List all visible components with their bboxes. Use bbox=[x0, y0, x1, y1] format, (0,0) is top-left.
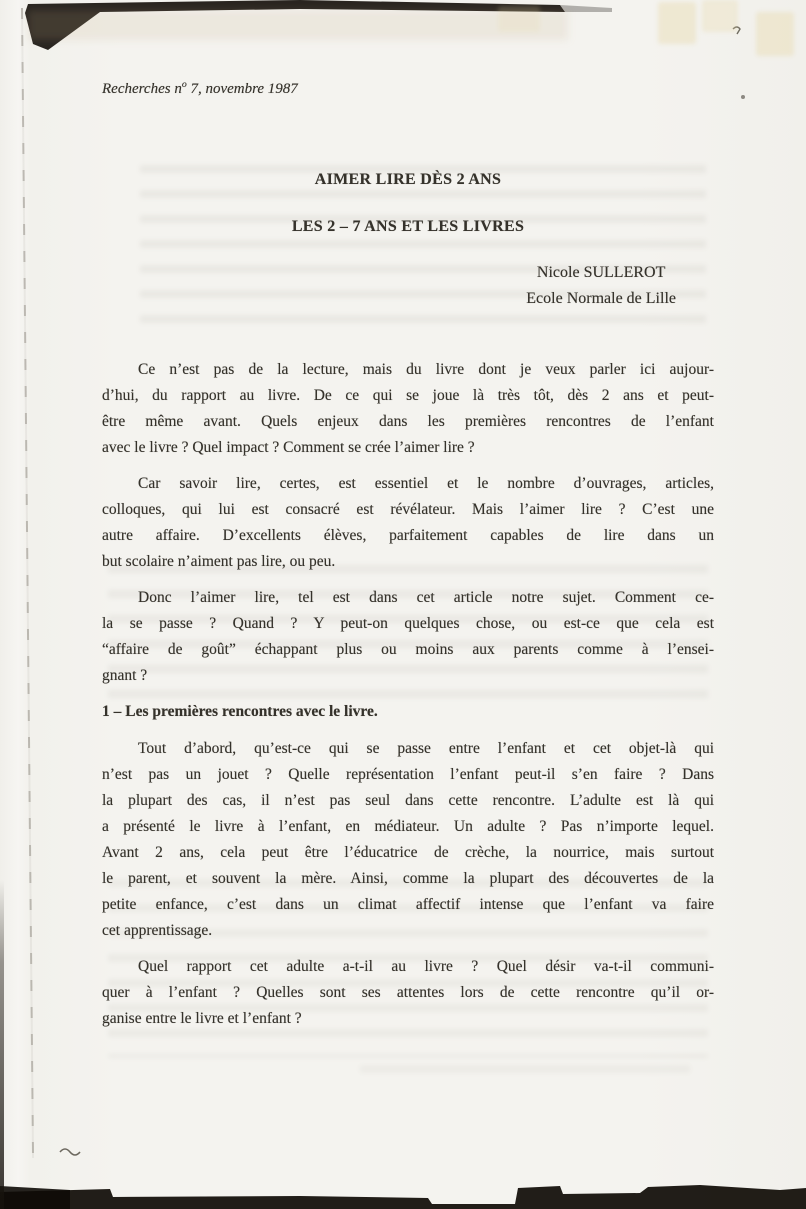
text-line: la se passe ? Quand ? Y peut-on quelques… bbox=[102, 611, 714, 637]
text-line: Donc l’aimer lire, tel est dans cet arti… bbox=[102, 585, 714, 611]
journal-header: Recherches no 7, novembre 1987 bbox=[102, 75, 714, 95]
text-line: quer à l’enfant ? Quelles sont ses atten… bbox=[102, 980, 714, 1006]
text-line: a présenté le livre à l’enfant, en média… bbox=[102, 814, 714, 840]
scanned-document-page: Recherches no 7, novembre 1987 AIMER LIR… bbox=[0, 0, 806, 1209]
text-line: n’est pas un jouet ? Quelle représentati… bbox=[102, 762, 714, 788]
text-line: être même avant. Quels enjeux dans les p… bbox=[102, 409, 714, 435]
journal-header-suffix: 7, novembre 1987 bbox=[187, 81, 298, 97]
tape-stain bbox=[756, 12, 794, 56]
journal-header-prefix: Recherches n bbox=[102, 81, 182, 97]
text-line: but scolaire n’aiment pas lire, ou peu. bbox=[102, 549, 714, 575]
text-line: petite enfance, c’est dans un climat aff… bbox=[102, 892, 714, 918]
text-line: “affaire de goût” échappant plus ou moin… bbox=[102, 637, 714, 663]
speck-mark bbox=[741, 95, 745, 99]
text-line: autre affaire. D’excellents élèves, parf… bbox=[102, 523, 714, 549]
text-line: cet apprentissage. bbox=[102, 918, 714, 944]
page-fold-line bbox=[21, 8, 34, 1158]
text-line: Quel rapport cet adulte a-t-il au livre … bbox=[102, 954, 714, 980]
text-line: Ce n’est pas de la lecture, mais du livr… bbox=[102, 357, 714, 383]
text-line: ganise entre le livre et l’enfant ? bbox=[102, 1006, 714, 1032]
text-line: Avant 2 ans, cela peut être l’éducatrice… bbox=[102, 840, 714, 866]
section-heading: 1 – Les premières rencontres avec le liv… bbox=[102, 699, 714, 725]
author-affiliation: Ecole Normale de Lille bbox=[526, 286, 676, 312]
body-blocks: Ce n’est pas de la lecture, mais du livr… bbox=[102, 312, 714, 1032]
author-name: Nicole SULLEROT bbox=[526, 260, 676, 286]
author-block: Nicole SULLEROT Ecole Normale de Lille bbox=[526, 260, 676, 312]
paragraph: Donc l’aimer lire, tel est dans cet arti… bbox=[102, 585, 714, 689]
document-content: Recherches no 7, novembre 1987 AIMER LIR… bbox=[102, 0, 714, 1032]
text-line: Tout d’abord, qu’est-ce qui se passe ent… bbox=[102, 736, 714, 762]
text-line: d’hui, du rapport au livre. De ce qui se… bbox=[102, 383, 714, 409]
text-line: avec le livre ? Quel impact ? Comment se… bbox=[102, 435, 714, 461]
left-edge-shadow bbox=[0, 880, 4, 1209]
paragraph: Car savoir lire, certes, est essentiel e… bbox=[102, 471, 714, 575]
article-title: AIMER LIRE DÈS 2 ANS bbox=[102, 170, 714, 190]
paragraph: Ce n’est pas de la lecture, mais du livr… bbox=[102, 357, 714, 461]
text-line: Car savoir lire, certes, est essentiel e… bbox=[102, 471, 714, 497]
pencil-mark bbox=[60, 1149, 80, 1155]
text-line: gnant ? bbox=[102, 663, 714, 689]
bottom-edge-shadow bbox=[0, 1185, 806, 1209]
page-bleed-through bbox=[360, 1048, 690, 1088]
article-subtitle: LES 2 – 7 ANS ET LES LIVRES bbox=[102, 217, 714, 237]
paragraph: Tout d’abord, qu’est-ce qui se passe ent… bbox=[102, 736, 714, 944]
paragraph: Quel rapport cet adulte a-t-il au livre … bbox=[102, 954, 714, 1032]
text-line: le parent, et souvent la mère. Ainsi, co… bbox=[102, 866, 714, 892]
text-line: colloques, qui lui est consacré est révé… bbox=[102, 497, 714, 523]
text-line: la plupart des cas, il n’est pas seul da… bbox=[102, 788, 714, 814]
